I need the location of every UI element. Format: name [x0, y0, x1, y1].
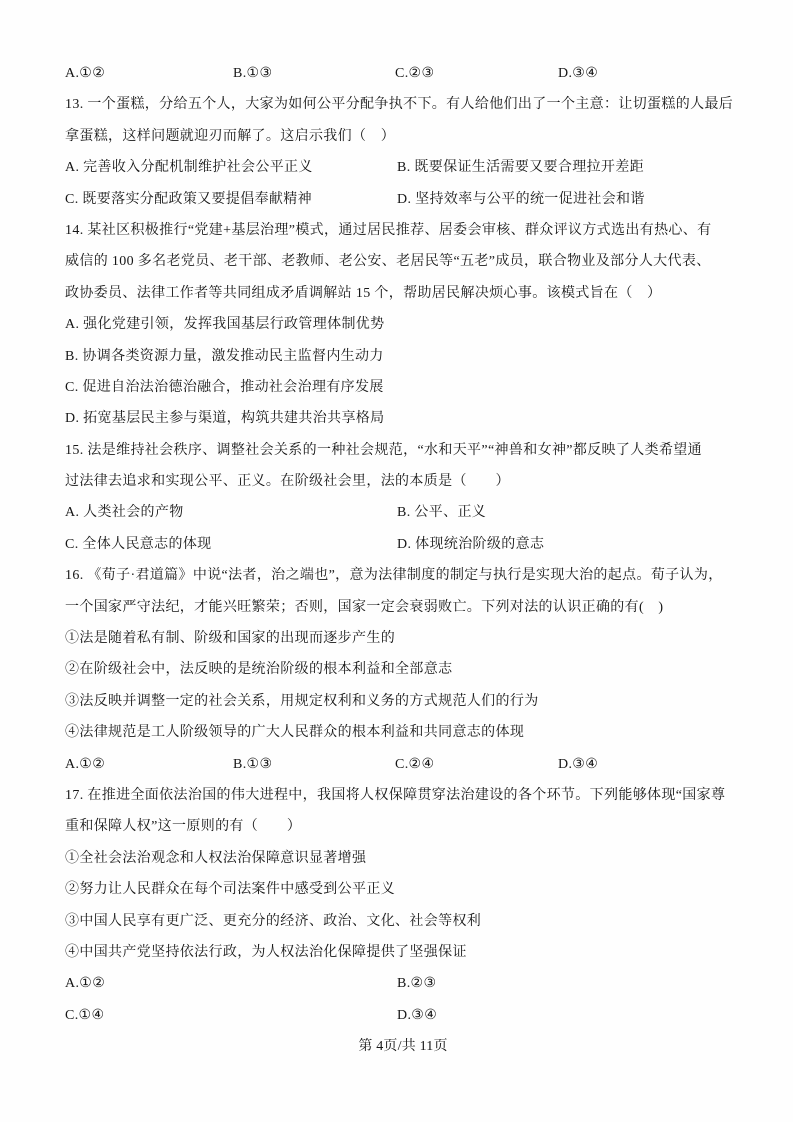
q16-option-a: A.①②: [65, 749, 105, 780]
q13-options-row-1: A. 完善收入分配机制维护社会公平正义 B. 既要保证生活需要又要合理拉开差距: [65, 152, 741, 183]
q12-option-d: D.③④: [558, 58, 598, 89]
q17-options-row-1: A.①② B.②③: [65, 968, 741, 999]
q13-option-a: A. 完善收入分配机制维护社会公平正义: [65, 152, 313, 183]
q17-statement-4: ④中国共产党坚持依法行政，为人权法治化保障提供了坚强保证: [65, 937, 741, 968]
q17-options-row-2: C.①④ D.③④: [65, 1000, 741, 1031]
q16-statement-2: ②在阶级社会中，法反映的是统治阶级的根本利益和全部意志: [65, 654, 741, 685]
q13-option-d: D. 坚持效率与公平的统一促进社会和谐: [397, 184, 645, 215]
q14-stem-line-1: 14. 某社区积极推行“党建+基层治理”模式，通过居民推荐、居委会审核、群众评议…: [65, 215, 741, 246]
q13-option-c: C. 既要落实分配政策又要提倡奉献精神: [65, 184, 312, 215]
q15-stem-line-2: 过法律去追求和实现公平、正义。在阶级社会里，法的本质是（ ）: [65, 466, 741, 497]
q12-option-c: C.②③: [395, 58, 434, 89]
q13-options-row-2: C. 既要落实分配政策又要提倡奉献精神 D. 坚持效率与公平的统一促进社会和谐: [65, 184, 741, 215]
q14-stem-line-3: 政协委员、法律工作者等共同组成矛盾调解站 15 个，帮助居民解决烦心事。该模式旨…: [65, 278, 741, 309]
q17-statement-1: ①全社会法治观念和人权法治保障意识显著增强: [65, 843, 741, 874]
q16-statement-4: ④法律规范是工人阶级领导的广大人民群众的根本利益和共同意志的体现: [65, 717, 741, 748]
q15-option-d: D. 体现统治阶级的意志: [397, 529, 544, 560]
q14-option-c: C. 促进自治法治德治融合，推动社会治理有序发展: [65, 372, 741, 403]
q14-stem-line-2: 威信的 100 多名老党员、老干部、老教师、老公安、老居民等“五老”成员，联合物…: [65, 246, 741, 277]
q17-option-b: B.②③: [397, 968, 436, 999]
q16-statement-1: ①法是随着私有制、阶级和国家的出现而逐步产生的: [65, 623, 741, 654]
q17-option-c: C.①④: [65, 1000, 104, 1031]
q16-statement-3: ③法反映并调整一定的社会关系，用规定权利和义务的方式规范人们的行为: [65, 686, 741, 717]
q12-option-a: A.①②: [65, 58, 105, 89]
q17-stem-line-2: 重和保障人权”这一原则的有（ ）: [65, 811, 741, 842]
q15-option-a: A. 人类社会的产物: [65, 497, 184, 528]
q17-statement-2: ②努力让人民群众在每个司法案件中感受到公平正义: [65, 874, 741, 905]
q12-options-row: A.①② B.①③ C.②③ D.③④: [65, 58, 741, 89]
q15-stem-line-1: 15. 法是维持社会秩序、调整社会关系的一种社会规范，“水和天平”“神兽和女神”…: [65, 435, 741, 466]
q15-options-row-1: A. 人类社会的产物 B. 公平、正义: [65, 497, 741, 528]
exam-content: A.①② B.①③ C.②③ D.③④ 13. 一个蛋糕，分给五个人，大家为如何…: [65, 58, 741, 1063]
q15-option-b: B. 公平、正义: [397, 497, 486, 528]
q16-option-c: C.②④: [395, 749, 434, 780]
q16-stem-line-2: 一个国家严守法纪，才能兴旺繁荣；否则，国家一定会衰弱败亡。下列对法的认识正确的有…: [65, 592, 741, 623]
q16-stem-line-1: 16. 《荀子·君道篇》中说“法者，治之端也”，意为法律制度的制定与执行是实现大…: [65, 560, 741, 591]
q12-option-b: B.①③: [233, 58, 272, 89]
q13-stem-line-1: 13. 一个蛋糕，分给五个人，大家为如何公平分配争执不下。有人给他们出了一个主意…: [65, 89, 741, 120]
q17-option-d: D.③④: [397, 1000, 437, 1031]
q14-option-d: D. 拓宽基层民主参与渠道，构筑共建共治共享格局: [65, 403, 741, 434]
q17-stem-line-1: 17. 在推进全面依法治国的伟大进程中，我国将人权保障贯穿法治建设的各个环节。下…: [65, 780, 741, 811]
q16-option-d: D.③④: [558, 749, 598, 780]
q15-option-c: C. 全体人民意志的体现: [65, 529, 212, 560]
q13-stem-line-2: 拿蛋糕，这样问题就迎刃而解了。这启示我们（ ）: [65, 121, 741, 152]
q14-option-a: A. 强化党建引领，发挥我国基层行政管理体制优势: [65, 309, 741, 340]
page-number-footer: 第 4页/共 11页: [65, 1031, 741, 1062]
q17-statement-3: ③中国人民享有更广泛、更充分的经济、政治、文化、社会等权利: [65, 906, 741, 937]
q13-option-b: B. 既要保证生活需要又要合理拉开差距: [397, 152, 644, 183]
exam-page: A.①② B.①③ C.②③ D.③④ 13. 一个蛋糕，分给五个人，大家为如何…: [0, 0, 793, 1122]
q16-option-b: B.①③: [233, 749, 272, 780]
q14-option-b: B. 协调各类资源力量，激发推动民主监督内生动力: [65, 341, 741, 372]
q15-options-row-2: C. 全体人民意志的体现 D. 体现统治阶级的意志: [65, 529, 741, 560]
q16-options-row: A.①② B.①③ C.②④ D.③④: [65, 749, 741, 780]
q17-option-a: A.①②: [65, 968, 105, 999]
